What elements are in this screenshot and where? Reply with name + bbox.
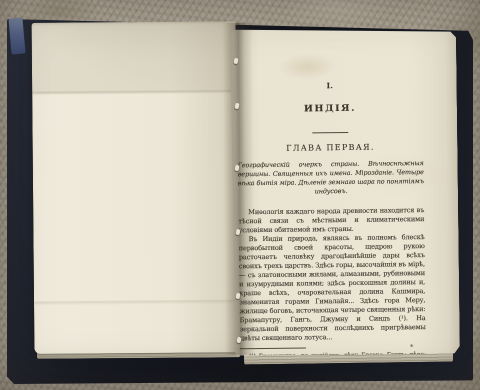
worn-spine-patch [8,17,25,54]
left-blank-page [32,21,239,354]
signature-mark: * [410,343,414,351]
part-title: ИНДІЯ. [237,102,423,115]
part-number: I. [237,80,423,91]
body-paragraph: Въ Индіи природа, являясь въ полномъ бле… [239,233,426,343]
chapter-heading: ГЛАВА ПЕРВАЯ. [237,142,423,153]
title-rule [312,132,348,133]
chapter-summary: Географическій очеркъ страны. Вѣчноснѣжн… [238,159,424,197]
footnote-rule [240,347,306,349]
body-paragraph: Миѳологія каждаго народа древности наход… [238,206,424,235]
right-text-page: I. ИНДІЯ. ГЛАВА ПЕРВАЯ. Географическій о… [230,26,460,357]
text-column: I. ИНДІЯ. ГЛАВА ПЕРВАЯ. Географическій о… [237,80,426,368]
